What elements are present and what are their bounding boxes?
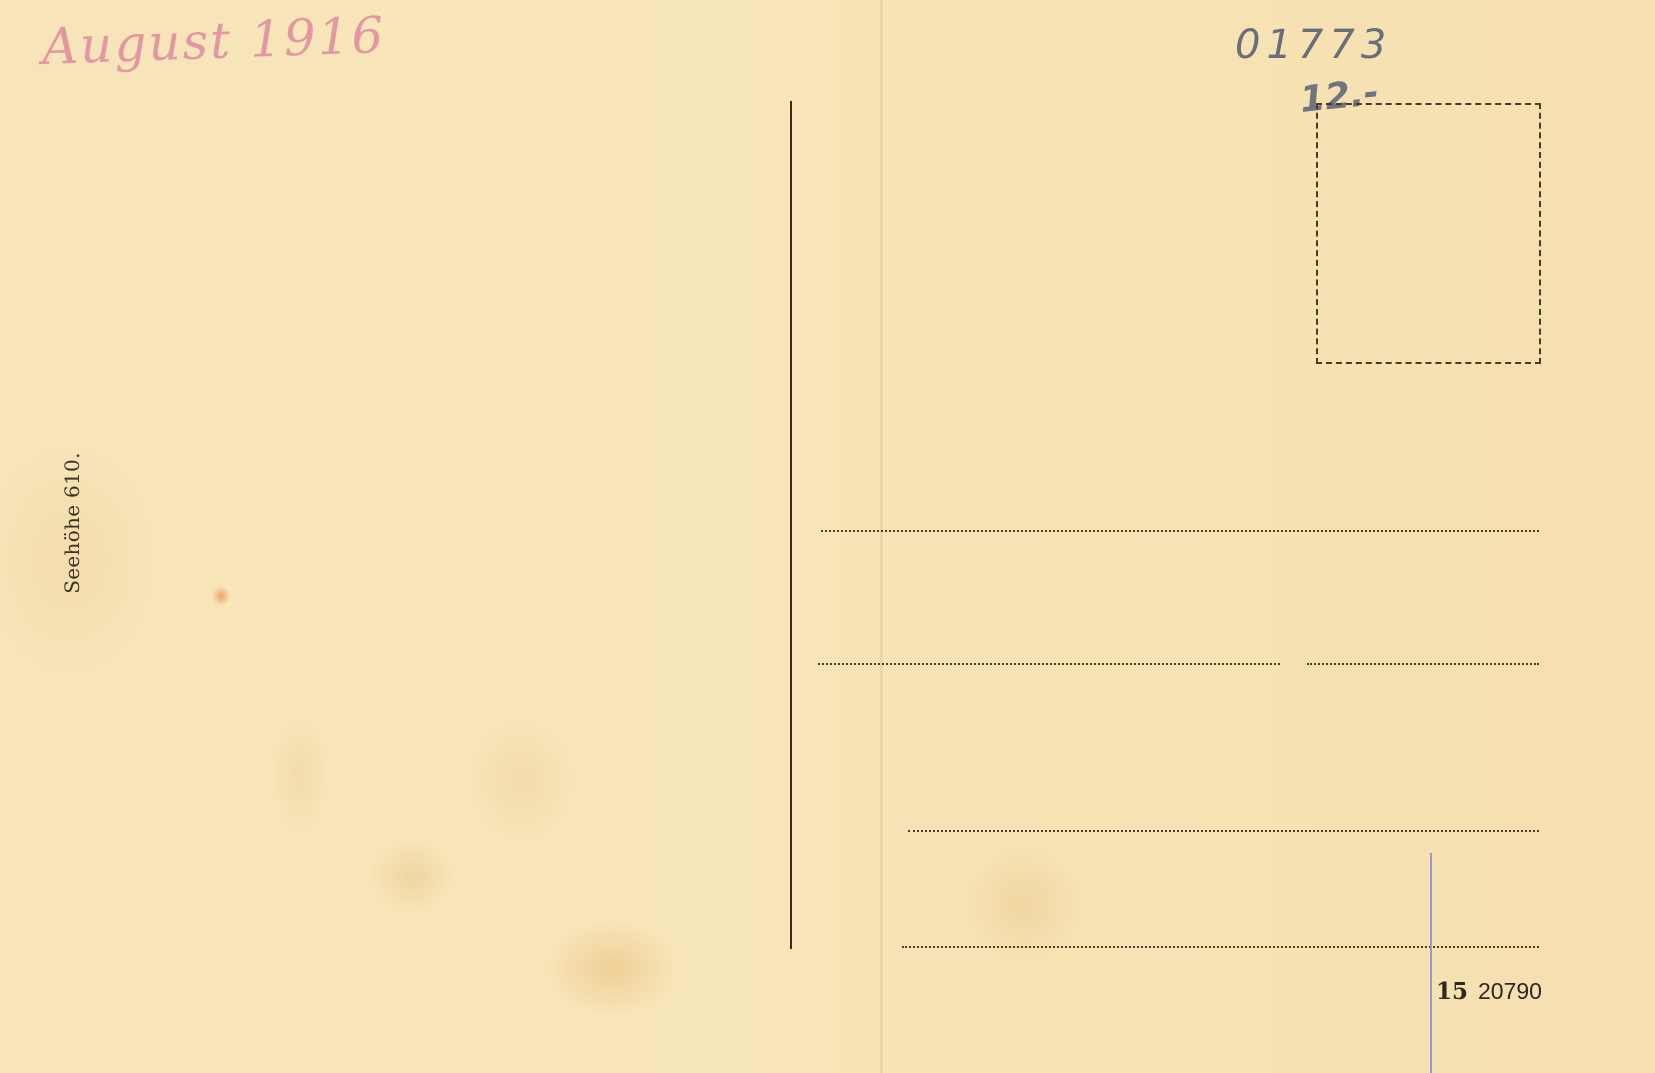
pencil-catalog-number: 01773 — [1235, 22, 1392, 68]
center-fold-crease — [880, 0, 883, 1073]
printed-elevation-label: Seehöhe 610. — [60, 452, 84, 594]
printer-code-prefix: 15 — [1436, 978, 1468, 1005]
printer-code-number: 20790 — [1478, 978, 1542, 1004]
printer-code: 1520790 — [1436, 978, 1542, 1005]
message-address-divider — [790, 101, 792, 949]
address-line-3 — [908, 830, 1539, 832]
address-line-2-left — [818, 663, 1280, 665]
blue-vertical-rule — [1430, 853, 1432, 1073]
address-line-1 — [821, 530, 1539, 532]
address-line-2-right — [1307, 663, 1539, 665]
postcard-back: August 1916 01773 12.- Seehöhe 610. 1520… — [0, 0, 1655, 1073]
address-line-4 — [902, 946, 1539, 948]
handwritten-date-annotation: August 1916 — [41, 6, 386, 76]
stamp-placement-box — [1316, 103, 1541, 364]
